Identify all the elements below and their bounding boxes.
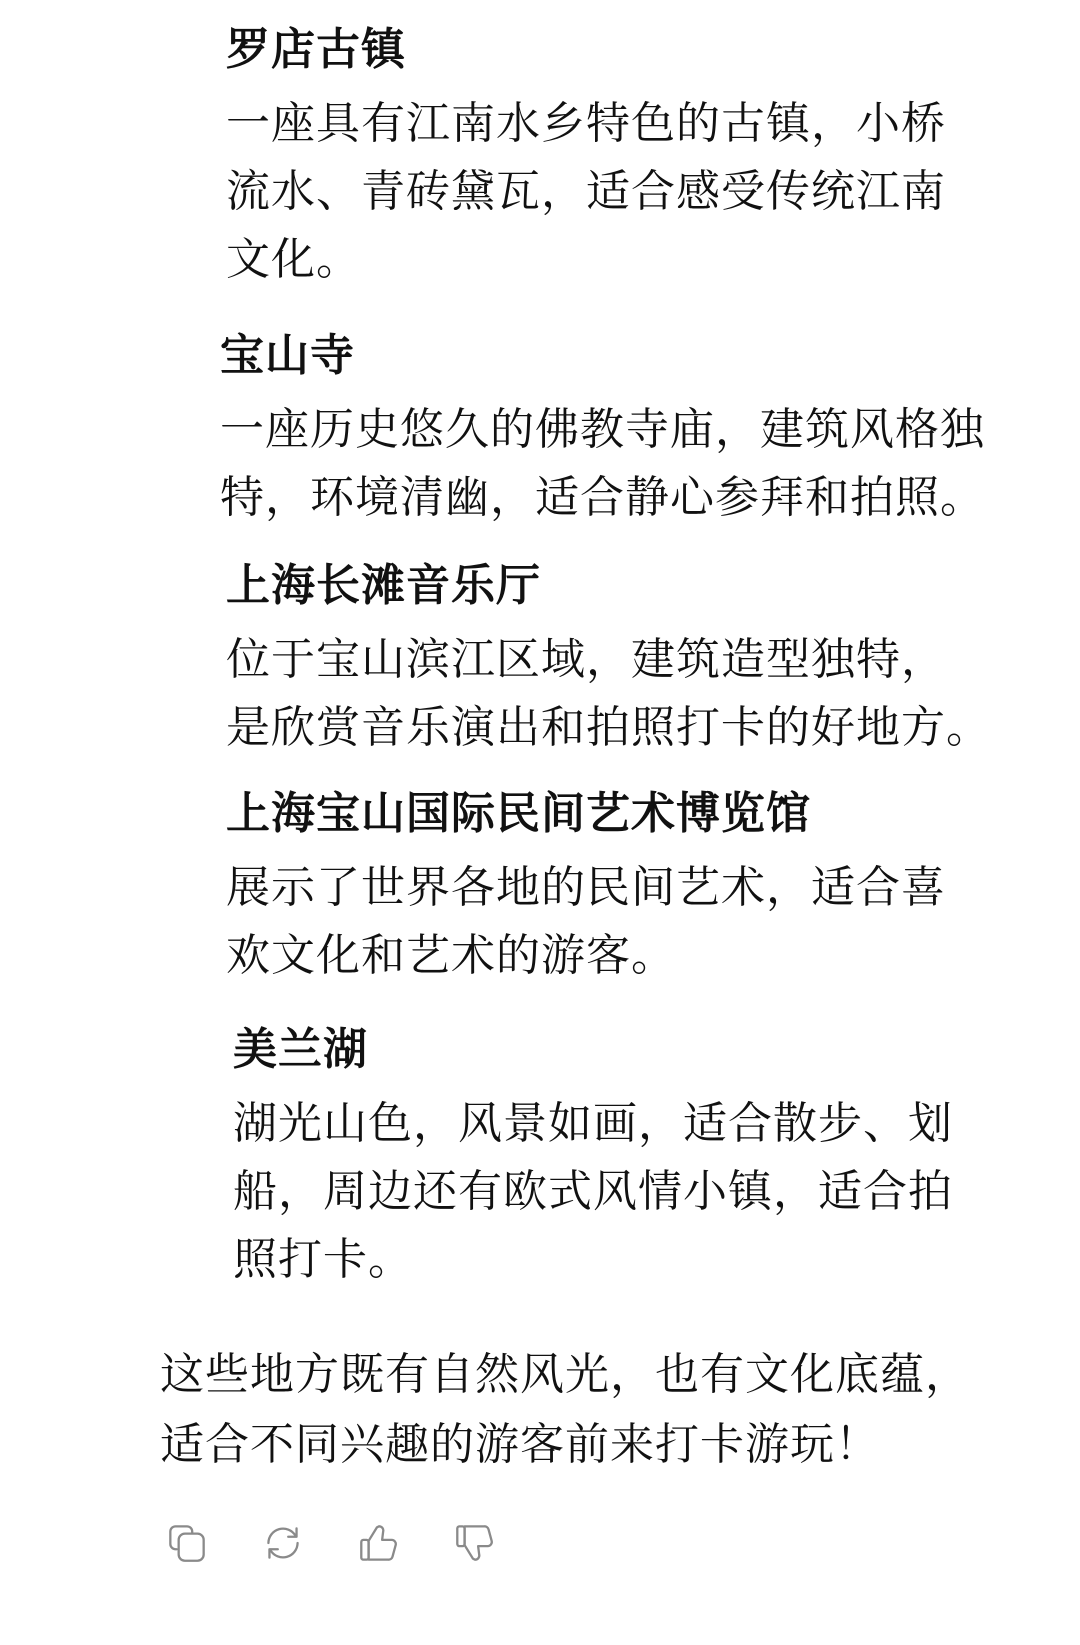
attraction-changtan-concert-hall: 上海长滩音乐厅 位于宝山滨江区域，建筑造型独特， 是欣赏音乐演出和拍照打卡的好地… bbox=[226, 560, 991, 762]
thumbs-down-icon bbox=[450, 1518, 500, 1568]
refresh-icon bbox=[258, 1518, 308, 1568]
attraction-desc-line: 特，环境清幽，适合静心参拜和拍照。 bbox=[220, 464, 985, 532]
summary-line: 这些地方既有自然风光，也有文化底蕴， bbox=[160, 1340, 970, 1410]
attraction-desc-line: 是欣赏音乐演出和拍照打卡的好地方。 bbox=[226, 694, 991, 762]
attraction-desc-line: 湖光山色，风景如画，适合散步、划 bbox=[233, 1090, 953, 1158]
attraction-title: 上海宝山国际民间艺术博览馆 bbox=[226, 788, 946, 840]
thumbs-up-icon bbox=[354, 1518, 404, 1568]
attraction-title: 上海长滩音乐厅 bbox=[226, 560, 991, 612]
summary-paragraph: 这些地方既有自然风光，也有文化底蕴， 适合不同兴趣的游客前来打卡游玩！ bbox=[160, 1340, 970, 1480]
message-actions-bar bbox=[160, 1516, 502, 1570]
attraction-desc-line: 文化。 bbox=[226, 226, 946, 294]
attraction-desc-line: 展示了世界各地的民间艺术，适合喜 bbox=[226, 854, 946, 922]
attraction-title: 罗店古镇 bbox=[226, 24, 946, 76]
summary-line: 适合不同兴趣的游客前来打卡游玩！ bbox=[160, 1410, 970, 1480]
attraction-meilan-lake: 美兰湖 湖光山色，风景如画，适合散步、划 船，周边还有欧式风情小镇，适合拍 照打… bbox=[233, 1024, 953, 1294]
attraction-desc-line: 船，周边还有欧式风情小镇，适合拍 bbox=[233, 1158, 953, 1226]
copy-icon bbox=[162, 1518, 212, 1568]
regenerate-button[interactable] bbox=[256, 1516, 310, 1570]
attraction-luodian: 罗店古镇 一座具有江南水乡特色的古镇，小桥 流水、青砖黛瓦，适合感受传统江南 文… bbox=[226, 24, 946, 294]
attraction-title: 美兰湖 bbox=[233, 1024, 953, 1076]
attraction-title: 宝山寺 bbox=[220, 330, 985, 382]
copy-button[interactable] bbox=[160, 1516, 214, 1570]
attraction-desc-line: 照打卡。 bbox=[233, 1226, 953, 1294]
attraction-desc-line: 欢文化和艺术的游客。 bbox=[226, 922, 946, 990]
dislike-button[interactable] bbox=[448, 1516, 502, 1570]
attraction-folk-art-museum: 上海宝山国际民间艺术博览馆 展示了世界各地的民间艺术，适合喜 欢文化和艺术的游客… bbox=[226, 788, 946, 990]
attraction-desc-line: 流水、青砖黛瓦，适合感受传统江南 bbox=[226, 158, 946, 226]
like-button[interactable] bbox=[352, 1516, 406, 1570]
attraction-desc-line: 位于宝山滨江区域，建筑造型独特， bbox=[226, 626, 991, 694]
attraction-desc-line: 一座历史悠久的佛教寺庙，建筑风格独 bbox=[220, 396, 985, 464]
attraction-desc-line: 一座具有江南水乡特色的古镇，小桥 bbox=[226, 90, 946, 158]
attraction-baoshan-temple: 宝山寺 一座历史悠久的佛教寺庙，建筑风格独 特，环境清幽，适合静心参拜和拍照。 bbox=[220, 330, 985, 532]
